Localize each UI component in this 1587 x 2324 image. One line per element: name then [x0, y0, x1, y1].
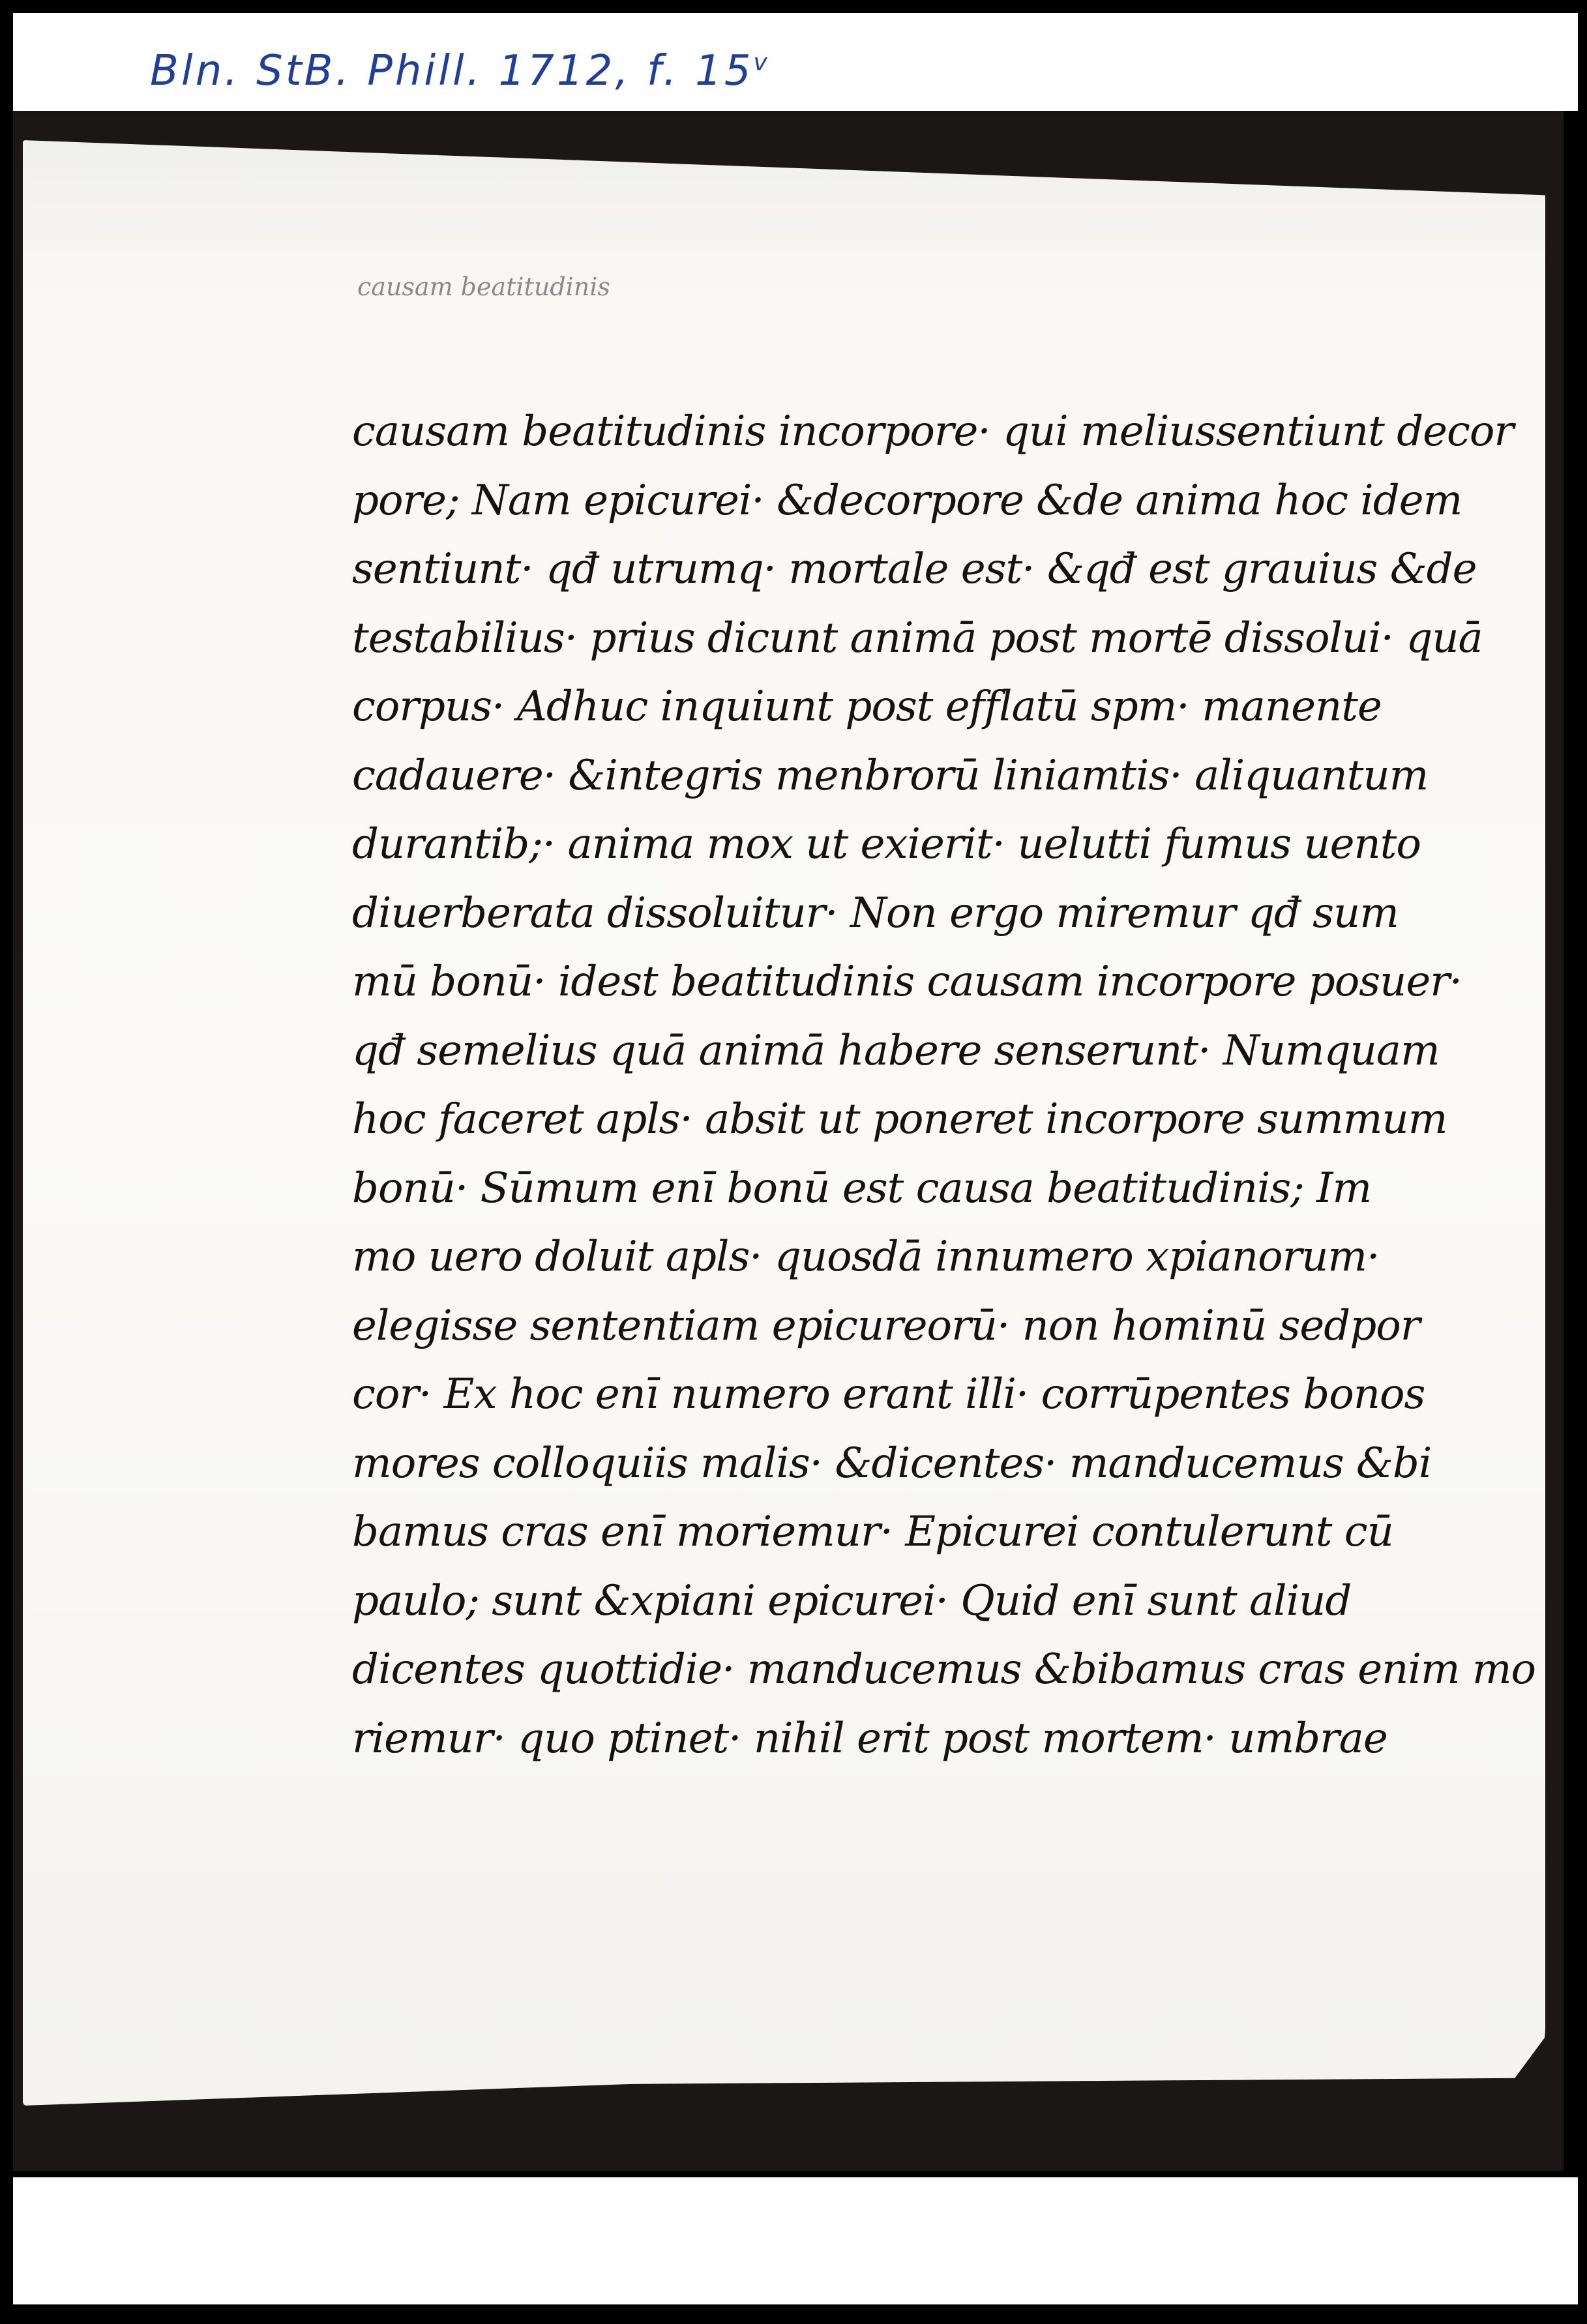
- manuscript-line: causam beatitudinis incorpore· qui meliu…: [352, 398, 1539, 467]
- manuscript-line: dicentes quottidie· manducemus &bibamus …: [352, 1636, 1539, 1705]
- manuscript-text-block: causam beatitudinis incorpore· qui meliu…: [352, 398, 1539, 1773]
- manuscript-line: sentiunt· qđ utrumq· mortale est· &qđ es…: [352, 535, 1539, 604]
- manuscript-line: bamus cras enī moriemur· Epicurei contul…: [352, 1498, 1539, 1567]
- manuscript-line: riemur· quo ptinet· nihil erit post mort…: [352, 1705, 1539, 1774]
- manuscript-line: hoc faceret apls· absit ut poneret incor…: [352, 1085, 1539, 1155]
- shelfmark-annotation: Bln. StB. Phill. 1712, f. 15v: [150, 47, 770, 95]
- manuscript-line: cadauere· &integris menbrorū liniamtis· …: [352, 742, 1539, 811]
- manuscript-line: mo uero doluit apls· quosdā innumero xpi…: [352, 1223, 1539, 1292]
- manuscript-line: testabilius· prius dicunt animā post mor…: [352, 604, 1539, 673]
- manuscript-line: mū bonū· idest beatitudinis causam incor…: [352, 948, 1539, 1017]
- archive-label-strip: Bln. StB. Phill. 1712, f. 15v: [13, 13, 1578, 111]
- manuscript-line: bonū· Sūmum enī bonū est causa beatitudi…: [352, 1155, 1539, 1224]
- manuscript-line: durantib;· anima mox ut exierit· uelutti…: [352, 810, 1539, 879]
- manuscript-line: qđ semelius quā animā habere senserunt· …: [352, 1017, 1539, 1086]
- manuscript-line: diuerberata dissoluitur· Non ergo miremu…: [352, 879, 1539, 949]
- manuscript-line: pore; Nam epicurei· &decorpore &de anima…: [352, 467, 1539, 536]
- manuscript-line: paulo; sunt &xpiani epicurei· Quid enī s…: [352, 1567, 1539, 1636]
- manuscript-line: corpus· Adhuc inquiunt post efflatū spm·…: [352, 673, 1539, 742]
- manuscript-line: elegisse sententiam epicureorū· non homi…: [352, 1292, 1539, 1361]
- manuscript-line: cor· Ex hoc enī numero erant illi· corrū…: [352, 1361, 1539, 1430]
- bottom-margin-strip: [13, 2177, 1578, 2304]
- running-head: causam beatitudinis: [357, 272, 610, 301]
- manuscript-line: mores colloquiis malis· &dicentes· mandu…: [352, 1430, 1539, 1499]
